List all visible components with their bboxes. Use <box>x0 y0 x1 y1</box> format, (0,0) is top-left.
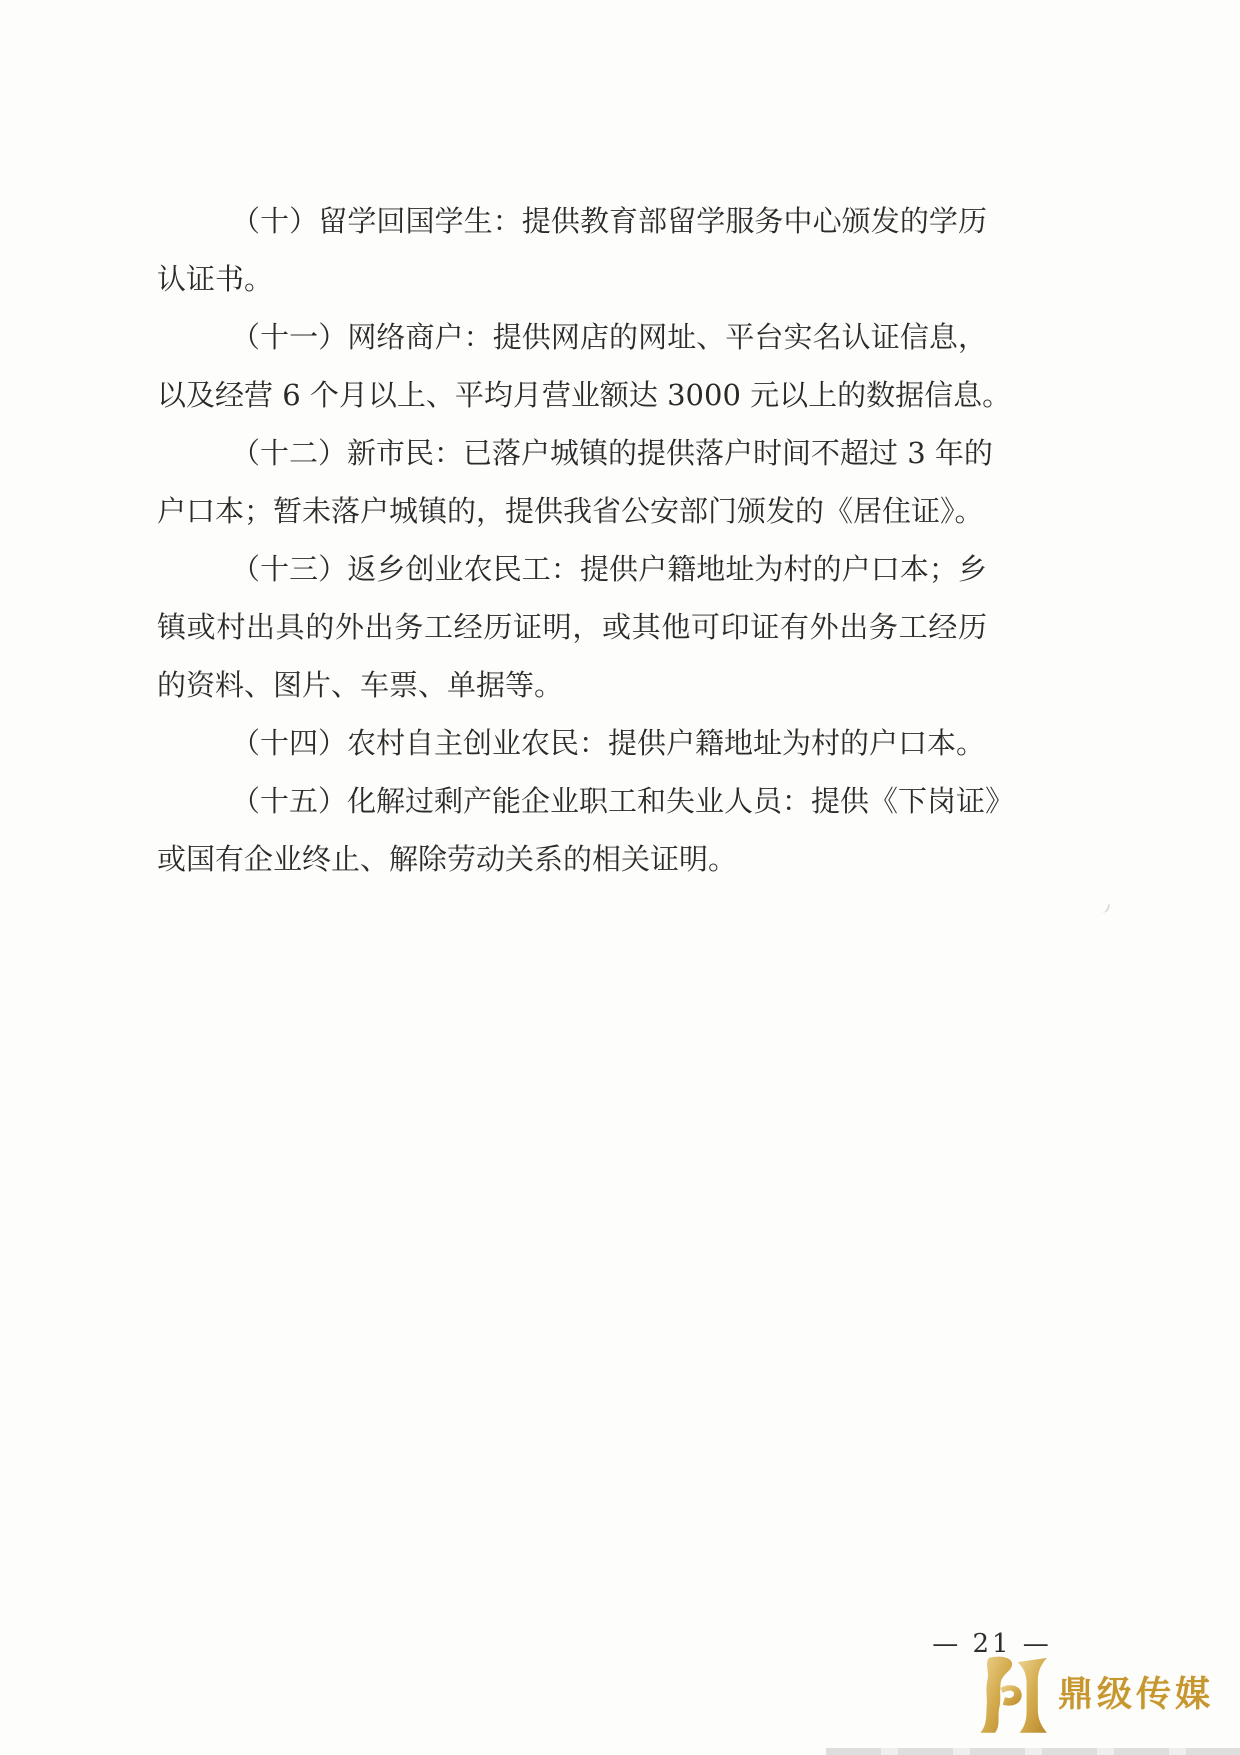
text-line: （十四）农村自主创业农民：提供户籍地址为村的户口本。 <box>157 714 987 772</box>
scan-artifact <box>826 1748 1240 1755</box>
paragraph-12: （十二）新市民：已落户城镇的提供落户时间不超过 3 年的 户口本；暂未落户城镇的… <box>157 424 987 540</box>
text-line: （十二）新市民：已落户城镇的提供落户时间不超过 3 年的 <box>157 424 987 482</box>
text-line: 以及经营 6 个月以上、平均月营业额达 3000 元以上的数据信息。 <box>157 366 987 424</box>
dingji-monogram-icon <box>979 1656 1049 1734</box>
text-line: （十三）返乡创业农民工：提供户籍地址为村的户口本；乡 <box>157 540 987 598</box>
paragraph-11: （十一）网络商户：提供网店的网址、平台实名认证信息， 以及经营 6 个月以上、平… <box>157 308 987 424</box>
paragraph-14: （十四）农村自主创业农民：提供户籍地址为村的户口本。 <box>157 714 987 772</box>
paragraph-13: （十三）返乡创业农民工：提供户籍地址为村的户口本；乡 镇或村出具的外出务工经历证… <box>157 540 987 714</box>
text-line: 镇或村出具的外出务工经历证明，或其他可印证有外出务工经历 <box>157 598 987 656</box>
text-line: （十）留学回国学生：提供教育部留学服务中心颁发的学历 <box>157 192 987 250</box>
text-line: 的资料、图片、车票、单据等。 <box>157 656 987 714</box>
paragraph-15: （十五）化解过剩产能企业职工和失业人员：提供《下岗证》 或国有企业终止、解除劳动… <box>157 772 987 888</box>
watermark-brand: 鼎级传媒 <box>979 1656 1214 1734</box>
text-line: 或国有企业终止、解除劳动关系的相关证明。 <box>157 830 987 888</box>
paragraph-10: （十）留学回国学生：提供教育部留学服务中心颁发的学历 认证书。 <box>157 192 987 308</box>
document-body: （十）留学回国学生：提供教育部留学服务中心颁发的学历 认证书。 （十一）网络商户… <box>157 192 987 888</box>
brand-name: 鼎级传媒 <box>1058 1678 1214 1713</box>
page-number: — 21 — <box>924 1629 1060 1659</box>
text-line: 认证书。 <box>157 250 987 308</box>
text-line: （十五）化解过剩产能企业职工和失业人员：提供《下岗证》 <box>157 772 987 830</box>
text-line: 户口本；暂未落户城镇的，提供我省公安部门颁发的《居住证》。 <box>157 482 987 540</box>
scan-speck <box>1099 902 1111 914</box>
scanned-document-page: （十）留学回国学生：提供教育部留学服务中心颁发的学历 认证书。 （十一）网络商户… <box>0 0 1240 1755</box>
text-line: （十一）网络商户：提供网店的网址、平台实名认证信息， <box>157 308 987 366</box>
